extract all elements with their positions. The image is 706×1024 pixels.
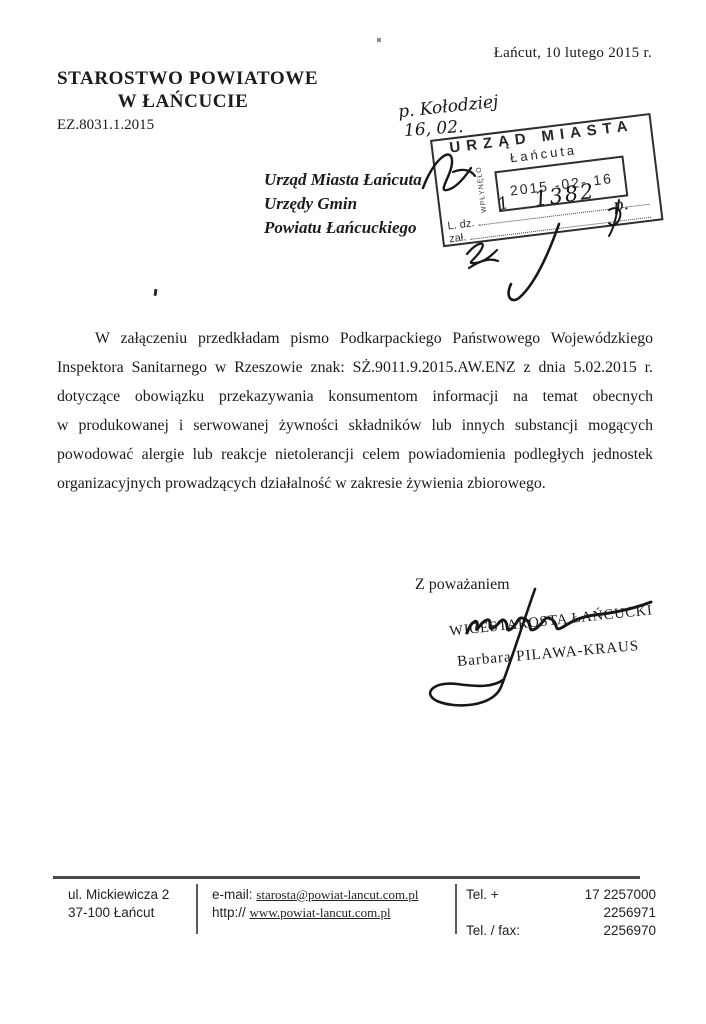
footer-phones: Tel. + 17 2257000 2256971 Tel. / fax: 22… [466,886,656,940]
initials-dash [453,170,475,176]
phone-label-spacer [466,904,544,922]
body-line: powodować alergie lub reakcje nietoleran… [57,440,653,469]
footer-address-line1: ul. Mickiewicza 2 [68,886,169,904]
signature-scribbles [405,575,695,720]
checkmark-stroke [509,224,559,300]
footer-column-divider [455,884,457,934]
sender-name-line2: W ŁAŃCUCIE [57,91,309,113]
reference-number: EZ.8031.1.2015 [57,117,309,134]
footer-contacts-web: e-mail: starosta@powiat-lancut.com.pl ht… [212,886,418,922]
footer-column-divider [196,884,198,934]
clerk-paraph-stroke [609,200,620,236]
phone-number: 2256971 [544,904,656,922]
email-label: e-mail: [212,887,253,902]
paraph-scribble [467,244,498,268]
body-line: W załączeniu przedkładam pismo Podkarpac… [57,324,653,353]
fax-label: Tel. / fax: [466,922,544,940]
scan-speck [377,38,381,42]
footer-address: ul. Mickiewicza 2 37-100 Łańcut [68,886,169,922]
scanned-letter-page: Łańcut, 10 lutego 2015 r. STAROSTWO POWI… [0,0,706,1024]
signature-flourish [430,589,535,705]
fax-number: 2256970 [544,922,656,940]
footer-divider-line [53,876,640,879]
scan-comma-artifact [154,289,158,296]
website-address: www.powiat-lancut.com.pl [250,905,391,920]
letter-body: W załączeniu przedkładam pismo Podkarpac… [57,324,653,498]
signature-scrawl [467,602,651,633]
body-line: organizacyjnych prowadzących działalność… [57,469,653,498]
website-label: http:// [212,905,246,920]
phone-label: Tel. + [466,886,544,904]
initials-scribble [423,155,471,191]
email-address: starosta@powiat-lancut.com.pl [256,887,418,902]
body-line: Inspektora Sanitarnego w Rzeszowie znak:… [57,353,653,382]
footer-address-line2: 37-100 Łańcut [68,904,169,922]
body-line: dotyczące obowiązku przekazywania konsum… [57,382,653,411]
letter-date: Łańcut, 10 lutego 2015 r. [494,45,652,62]
sender-name-line1: STAROSTWO POWIATOWE [57,68,309,90]
letterhead: STAROSTWO POWIATOWE W ŁAŃCUCIE EZ.8031.1… [57,68,309,134]
body-line: w produkowanej i serwowanej żywności skł… [57,411,653,440]
phone-number: 17 2257000 [544,886,656,904]
stamp-area-scribbles [395,130,655,320]
